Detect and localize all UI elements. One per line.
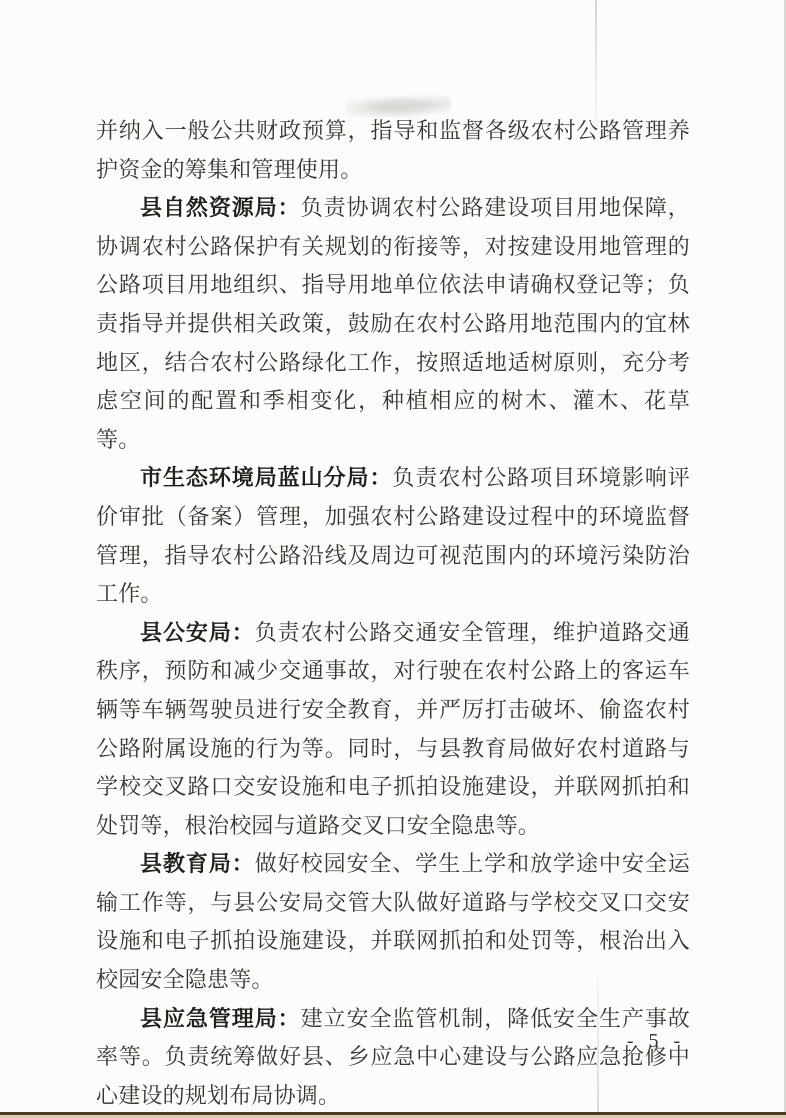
page-number: - 5 -	[616, 1030, 696, 1053]
department-name: 县自然资源局：	[140, 195, 301, 220]
paragraph: 县应急管理局：建立安全监管机制，降低安全生产事故率等。负责统筹做好县、乡应急中心…	[96, 1000, 690, 1116]
paragraph: 县教育局：做好校园安全、学生上学和放学途中安全运输工作等，与县公安局交管大队做好…	[96, 845, 690, 999]
paragraph: 市生态环境局蓝山分局：负责农村公路项目环境影响评价审批（备案）管理，加强农村公路…	[96, 459, 690, 613]
department-name: 市生态环境局蓝山分局：	[140, 465, 392, 490]
paragraph-text: 负责协调农村公路建设项目用地保障，协调农村公路保护有关规划的衔接等，对按建设用地…	[96, 195, 690, 452]
paragraph: 县自然资源局：负责协调农村公路建设项目用地保障，协调农村公路保护有关规划的衔接等…	[96, 189, 690, 459]
paragraph-text: 并纳入一般公共财政预算，指导和监督各级农村公路管理养护资金的筹集和管理使用。	[96, 118, 690, 182]
department-name: 县应急管理局：	[140, 1006, 301, 1031]
paragraph-text: 负责农村公路交通安全管理，维护道路交通秩序，预防和减少交通事故，对行驶在农村公路…	[96, 620, 690, 838]
paragraph: 并纳入一般公共财政预算，指导和监督各级农村公路管理养护资金的筹集和管理使用。	[96, 112, 690, 189]
department-name: 县教育局：	[140, 851, 255, 876]
document-body: 并纳入一般公共财政预算，指导和监督各级农村公路管理养护资金的筹集和管理使用。 县…	[96, 112, 690, 1115]
department-name: 县公安局：	[140, 620, 255, 645]
paragraph: 县公安局：负责农村公路交通安全管理，维护道路交通秩序，预防和减少交通事故，对行驶…	[96, 614, 690, 846]
document-page: 并纳入一般公共财政预算，指导和监督各级农村公路管理养护资金的筹集和管理使用。 县…	[0, 0, 786, 1118]
